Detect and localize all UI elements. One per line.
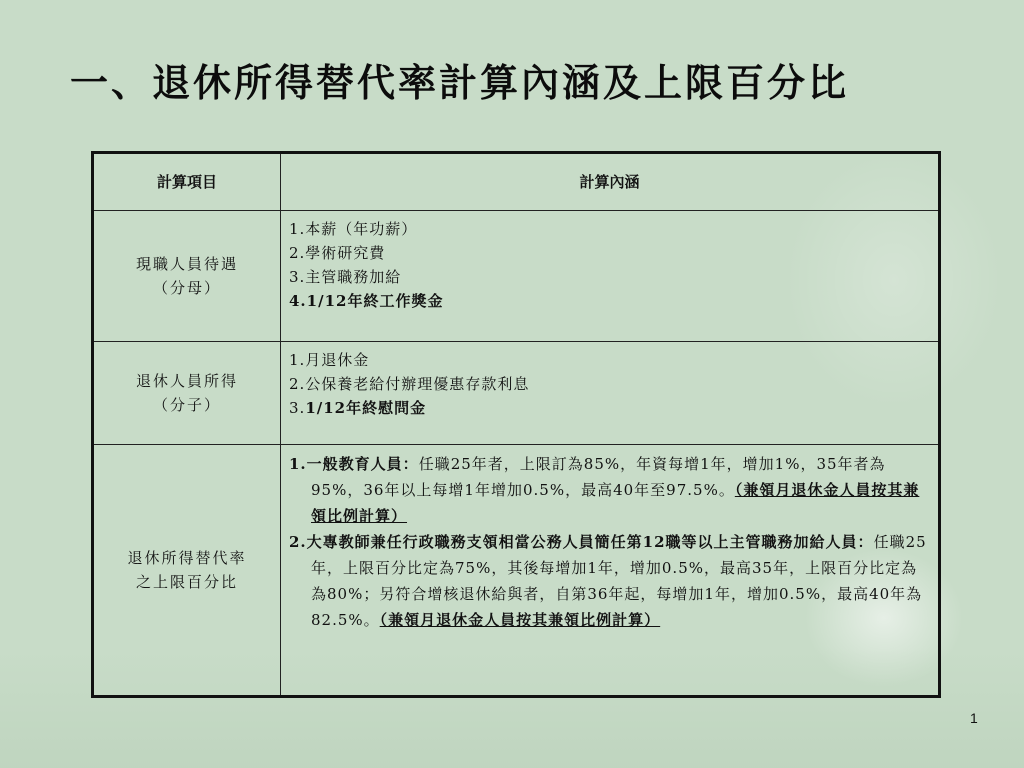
row-label-line: 之上限百分比 (94, 570, 280, 594)
list-item-number: 3. (289, 399, 305, 417)
column-header-content: 計算內涵 (281, 153, 940, 211)
list-item-lead: 大專教師兼任行政職務支領相當公務人員簡任第12職等以上主管職務加給人員： (307, 533, 874, 551)
list-item: 2.公保養老給付辦理優惠存款利息 (289, 372, 928, 396)
list-item: 3.1/12年終慰問金 (289, 396, 928, 420)
list-item-number: 1. (289, 455, 307, 473)
list-item-lead: 一般教育人員： (307, 455, 419, 473)
list-item: 1.本薪（年功薪） (289, 217, 928, 241)
row-content: 1.本薪（年功薪） 2.學術研究費 3.主管職務加給 4.1/12年終工作獎金 (281, 211, 940, 342)
row-label: 現職人員待遇 （分母） (93, 211, 281, 342)
list-item: 1.月退休金 (289, 348, 928, 372)
table-row: 退休所得替代率 之上限百分比 1.一般教育人員：任職25年者，上限訂為85%，年… (93, 445, 940, 697)
row-label-line: （分子） (94, 393, 280, 417)
row-label: 退休人員所得 （分子） (93, 342, 281, 445)
list-item-note: （兼領月退休金人員按其兼領比例計算） (380, 611, 661, 629)
table-row: 現職人員待遇 （分母） 1.本薪（年功薪） 2.學術研究費 3.主管職務加給 4… (93, 211, 940, 342)
page-number: 1 (970, 710, 978, 726)
list-item: 2.學術研究費 (289, 241, 928, 265)
row-content: 1.一般教育人員：任職25年者，上限訂為85%，年資每增1年，增加1%，35年者… (281, 445, 940, 697)
list-item: 3.主管職務加給 (289, 265, 928, 289)
table-row: 退休人員所得 （分子） 1.月退休金 2.公保養老給付辦理優惠存款利息 3.1/… (93, 342, 940, 445)
row-label-line: 退休人員所得 (94, 369, 280, 393)
row-label: 退休所得替代率 之上限百分比 (93, 445, 281, 697)
row-label-line: 退休所得替代率 (94, 546, 280, 570)
row-content: 1.月退休金 2.公保養老給付辦理優惠存款利息 3.1/12年終慰問金 (281, 342, 940, 445)
row-label-line: （分母） (94, 276, 280, 300)
retirement-income-table: 計算項目 計算內涵 現職人員待遇 （分母） 1.本薪（年功薪） 2.學術研究費 … (91, 151, 941, 698)
list-item-number: 2. (289, 533, 307, 551)
list-item: 1.一般教育人員：任職25年者，上限訂為85%，年資每增1年，增加1%，35年者… (289, 451, 928, 529)
list-item: 4.1/12年終工作獎金 (289, 289, 928, 313)
table-header-row: 計算項目 計算內涵 (93, 153, 940, 211)
list-item: 2.大專教師兼任行政職務支領相當公務人員簡任第12職等以上主管職務加給人員：任職… (289, 529, 928, 633)
row-label-line: 現職人員待遇 (94, 252, 280, 276)
column-header-item: 計算項目 (93, 153, 281, 211)
list-item-text: 1/12年終慰問金 (305, 399, 426, 417)
slide-title: 一、退休所得替代率計算內涵及上限百分比 (70, 52, 849, 107)
